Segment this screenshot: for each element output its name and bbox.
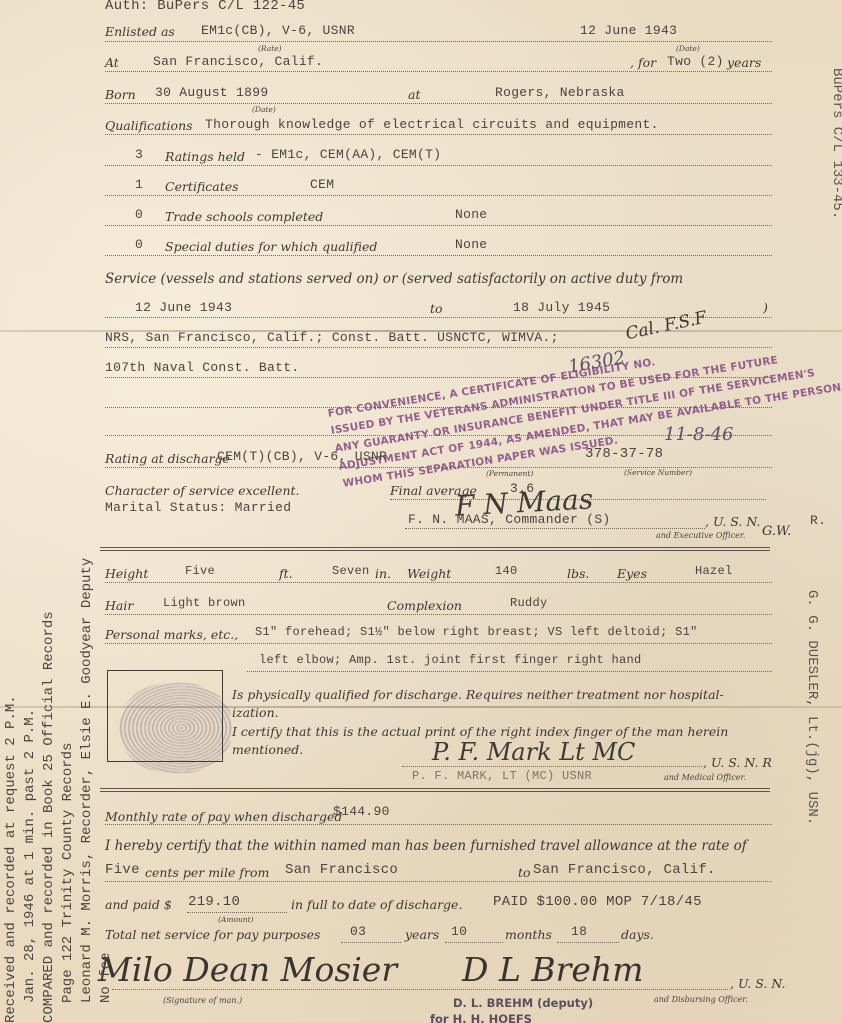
qualifications-label: Qualifications [105, 118, 193, 133]
marital-status: Marital Status: Married [105, 500, 291, 515]
enlisted-rate: EM1c(CB), V-6, USNR [201, 23, 355, 38]
born-label: Born [105, 87, 136, 102]
travel-to: San Francisco, Calif. [533, 862, 716, 878]
recording-line: COMPARED and recorded in Book 25 Officia… [40, 558, 59, 1023]
disbursing-stamp-for: for H. H. HOEFS [430, 1012, 532, 1023]
recording-line: Leonard M. Morris, Recorder, Elsie E. Go… [78, 558, 97, 1023]
days-field [557, 924, 619, 943]
discharge-document: Auth: BuPers C/L 122-45 Enlisted as EM1c… [0, 0, 842, 1023]
trade-schools-value: None [455, 207, 487, 222]
term: Two (2) [667, 54, 724, 69]
paid-note: PAID $100.00 MOP 7/18/45 [493, 894, 702, 910]
enlisted-label: Enlisted as [105, 24, 175, 39]
amount-caption: (Amount) [218, 915, 254, 924]
weight-label: Weight [407, 566, 451, 581]
at-place: San Francisco, Calif. [153, 54, 323, 69]
recording-line: Page 122 Trinity County Records [59, 558, 78, 1023]
medical-officer-title: and Medical Officer. [664, 773, 746, 782]
right-margin-authority: BuPers C/L 133-45. [829, 68, 842, 219]
net-days: 18 [571, 924, 587, 939]
permanent-caption: (Permanent) [486, 469, 533, 478]
enlisted-row: Enlisted as EM1c(CB), V-6, USNR 12 June … [105, 22, 772, 42]
service-to-label: to [430, 301, 443, 316]
complexion-label: Complexion [387, 598, 462, 613]
service-number-caption: (Service Number) [624, 468, 692, 477]
executive-initials: G.W. [762, 524, 791, 539]
personal-marks-row: Personal marks, etc., S1" forehead; S1½"… [105, 624, 772, 644]
service-number: 378-37-78 [585, 446, 663, 462]
qualifications-value: Thorough knowledge of electrical circuit… [205, 117, 659, 132]
recording-line: Jan. 28, 1946 at 1 min. past 2 P.M. [21, 558, 40, 1023]
special-duties-row: 0 Special duties for which qualified Non… [105, 236, 772, 256]
rating-discharge-value: CEM(T)(CB), V-6, USNR [217, 449, 387, 464]
born-date-caption: (Date) [252, 105, 276, 114]
certificates-row: 1 Certificates CEM [105, 176, 772, 196]
paid-row: and paid $ 219.10 in full to date of dis… [105, 894, 745, 914]
auth-line: Auth: BuPers C/L 122-45 [105, 0, 305, 14]
man-signature: Milo Dean Mosier [98, 950, 397, 989]
disbursing-branch: , U. S. N. [730, 976, 785, 991]
height-weight-row: Height Five ft. Seven in. Weight 140 lbs… [105, 563, 772, 583]
medical-statement-3: I certify that this is the actual print … [232, 724, 728, 739]
net-months-label: months [505, 927, 552, 942]
for-label: , for [630, 55, 656, 70]
service-from: 12 June 1943 [135, 300, 232, 315]
service-to: 18 July 1945 [513, 300, 610, 315]
county-recording-notation: Received and recorded at request 2 P.M. … [2, 558, 116, 1023]
at-label: At [105, 55, 119, 70]
ratings-row: 3 Ratings held - EM1c, CEM(AA), CEM(T) [105, 146, 772, 166]
hair-complexion-row: Hair Light brown Complexion Ruddy [105, 595, 772, 615]
years-label: years [727, 55, 761, 70]
service-stations-2: 107th Naval Const. Batt. [105, 360, 299, 375]
medical-officer-name: P. F. MARK, LT (MC) USNR [412, 769, 592, 783]
lbs-label: lbs. [567, 566, 589, 581]
certificates-label: Certificates [165, 179, 239, 194]
certificates-value: CEM [310, 177, 334, 192]
special-duties-label: Special duties for which qualified [165, 239, 377, 254]
certificates-count: 1 [135, 177, 143, 192]
disbursing-officer-title: and Disbursing Officer. [654, 995, 748, 1004]
complexion-value: Ruddy [510, 596, 548, 610]
personal-marks-line-1: S1" forehead; S1½" below right breast; V… [255, 625, 698, 639]
medical-statement-2: ization. [232, 705, 279, 720]
disbursing-stamp-name: D. L. BREHM (deputy) [453, 996, 593, 1010]
travel-from: San Francisco [285, 862, 398, 878]
recording-line: Received and recorded at request 2 P.M. [2, 558, 21, 1023]
medical-branch: , U. S. N. R [703, 755, 772, 770]
executive-officer-line: F. N. MAAS, Commander (S) [405, 512, 705, 529]
personal-marks-line-2: left elbow; Amp. 1st. joint first finger… [259, 653, 642, 667]
executive-branch: , U. S. N. [705, 514, 760, 529]
feet-label: ft. [279, 566, 293, 581]
ratings-label: Ratings held [165, 149, 245, 164]
ratings-count: 3 [135, 147, 143, 162]
ratings-value: - EM1c, CEM(AA), CEM(T) [255, 147, 441, 162]
section-divider [100, 788, 770, 792]
rating-discharge-label: Rating at discharge [105, 451, 230, 466]
fingerprint-box [107, 670, 223, 762]
rating-discharge-row: Rating at discharge CEM(T)(CB), V-6, USN… [105, 448, 772, 468]
monthly-pay-label: Monthly rate of pay when discharged [105, 809, 342, 824]
medical-statement-4: mentioned. [232, 742, 303, 757]
travel-certify-statement: I hereby certify that the within named m… [105, 838, 747, 854]
section-divider [100, 547, 770, 551]
special-duties-value: None [455, 237, 487, 252]
monthly-pay-value: $144.90 [333, 804, 390, 819]
at-row: At San Francisco, Calif. , for Two (2) y… [105, 52, 772, 72]
trade-schools-label: Trade schools completed [165, 209, 323, 224]
eyes-value: Hazel [695, 564, 733, 578]
recording-line: No fee [97, 558, 116, 1023]
paid-amount: 219.10 [188, 894, 240, 910]
right-margin-officer: G. G. DUESLER, Lt.(jg), USN. [804, 590, 820, 825]
trade-schools-count: 0 [135, 207, 143, 222]
net-years-label: years [405, 927, 439, 942]
enlisted-date: 12 June 1943 [580, 23, 677, 38]
stamp-date: 11-8-46 [664, 424, 733, 445]
executive-officer-name: F. N. MAAS, Commander (S) [408, 512, 611, 527]
special-duties-count: 0 [135, 237, 143, 252]
medical-officer-signature: P. F. Mark Lt MC [432, 738, 635, 766]
net-service-label: Total net service for pay purposes [105, 927, 320, 942]
net-days-label: days. [621, 927, 654, 942]
service-close-paren: ) [763, 300, 768, 315]
personal-marks-row-2: left elbow; Amp. 1st. joint first finger… [247, 652, 772, 672]
eyes-label: Eyes [617, 566, 647, 581]
medical-signature-line [402, 765, 702, 767]
man-signature-caption: (Signature of man.) [163, 996, 242, 1005]
service-line-1: NRS, San Francisco, Calif.; Const. Batt.… [105, 328, 772, 348]
executive-branch-suffix: R. [810, 513, 826, 528]
medical-statement-1: Is physically qualified for discharge. R… [232, 687, 724, 702]
travel-rate-label: cents per mile from [145, 865, 269, 880]
born-place: Rogers, Nebraska [495, 85, 625, 100]
net-years: 03 [350, 924, 366, 939]
service-stations-1: NRS, San Francisco, Calif.; Const. Batt.… [105, 330, 559, 345]
born-date: 30 August 1899 [155, 85, 268, 100]
monthly-pay-row: Monthly rate of pay when discharged $144… [105, 805, 772, 825]
qualifications-row: Qualifications Thorough knowledge of ele… [105, 115, 772, 135]
inches-label: in. [375, 566, 391, 581]
disbursing-officer-signature: D L Brehm [462, 950, 643, 989]
born-at-label: at [408, 87, 420, 102]
net-months: 10 [451, 924, 467, 939]
travel-row: Five cents per mile from San Francisco t… [105, 862, 772, 882]
signature-line [112, 988, 728, 990]
born-row: Born 30 August 1899 at Rogers, Nebraska [105, 84, 772, 104]
paid-suffix: in full to date of discharge. [291, 897, 462, 912]
service-label: Service (vessels and stations served on)… [105, 271, 683, 287]
travel-to-label: to [518, 865, 531, 880]
net-service-row: Total net service for pay purposes 03 ye… [105, 924, 665, 944]
weight-value: 140 [495, 564, 518, 578]
trade-schools-row: 0 Trade schools completed None [105, 206, 772, 226]
executive-officer-title: and Executive Officer. [656, 531, 745, 540]
character-of-service: Character of service excellent. [105, 483, 300, 498]
personal-marks-label: Personal marks, etc., [105, 627, 238, 642]
hair-value: Light brown [163, 596, 246, 610]
height-inches: Seven [332, 564, 370, 578]
height-feet: Five [185, 564, 215, 578]
